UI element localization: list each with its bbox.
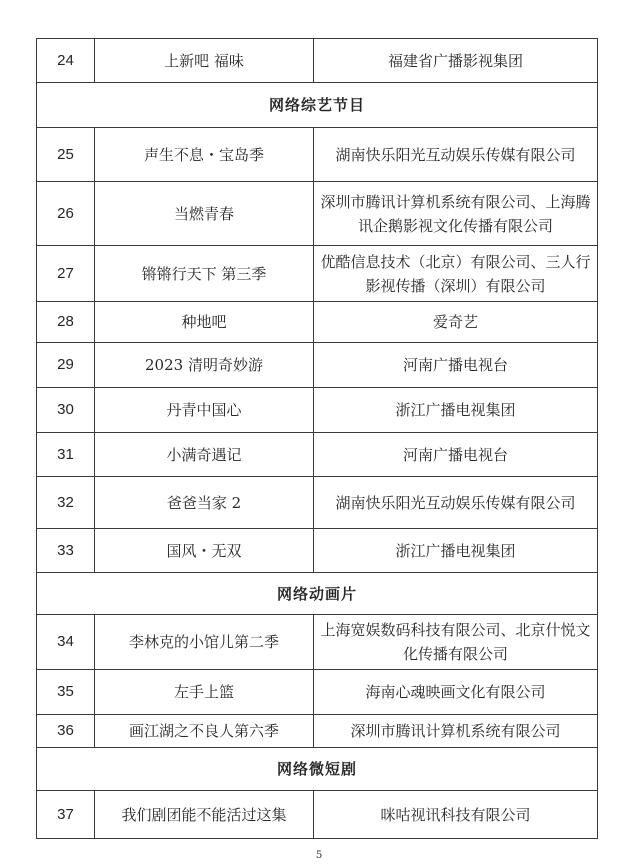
program-list-table: 24上新吧 福味福建省广播影视集团网络综艺节目25声生不息・宝岛季湖南快乐阳光互… (36, 38, 598, 839)
producer-name: 深圳市腾讯计算机系统有限公司 (314, 715, 598, 748)
section-header: 网络动画片 (37, 573, 598, 615)
section-header: 网络微短剧 (37, 748, 598, 791)
row-number: 34 (37, 615, 95, 670)
program-title: 声生不息・宝岛季 (95, 128, 314, 182)
table-row: 37我们剧团能不能活过这集咪咕视讯科技有限公司 (37, 791, 598, 839)
producer-name: 咪咕视讯科技有限公司 (314, 791, 598, 839)
row-number: 30 (37, 388, 95, 433)
producer-name: 深圳市腾讯计算机系统有限公司、上海腾讯企鹅影视文化传播有限公司 (314, 182, 598, 246)
section-header-row: 网络综艺节目 (37, 83, 598, 128)
table-row: 24上新吧 福味福建省广播影视集团 (37, 39, 598, 83)
program-title: 丹青中国心 (95, 388, 314, 433)
row-number: 31 (37, 433, 95, 477)
producer-name: 浙江广播电视集团 (314, 529, 598, 573)
table-row: 25声生不息・宝岛季湖南快乐阳光互动娱乐传媒有限公司 (37, 128, 598, 182)
row-number: 36 (37, 715, 95, 748)
table-row: 30丹青中国心浙江广播电视集团 (37, 388, 598, 433)
program-title: 种地吧 (95, 302, 314, 343)
program-title: 左手上篮 (95, 670, 314, 715)
table-row: 32爸爸当家 2湖南快乐阳光互动娱乐传媒有限公司 (37, 477, 598, 529)
table-row: 33国风・无双浙江广播电视集团 (37, 529, 598, 573)
producer-name: 湖南快乐阳光互动娱乐传媒有限公司 (314, 128, 598, 182)
program-title: 国风・无双 (95, 529, 314, 573)
producer-name: 福建省广播影视集团 (314, 39, 598, 83)
row-number: 26 (37, 182, 95, 246)
row-number: 35 (37, 670, 95, 715)
document-page: 24上新吧 福味福建省广播影视集团网络综艺节目25声生不息・宝岛季湖南快乐阳光互… (0, 0, 638, 866)
table-row: 27锵锵行天下 第三季优酷信息技术（北京）有限公司、三人行影视传播（深圳）有限公… (37, 246, 598, 302)
program-title: 我们剧团能不能活过这集 (95, 791, 314, 839)
producer-name: 河南广播电视台 (314, 433, 598, 477)
program-title: 锵锵行天下 第三季 (95, 246, 314, 302)
program-title: 爸爸当家 2 (95, 477, 314, 529)
page-number: 5 (0, 850, 638, 861)
producer-name: 爱奇艺 (314, 302, 598, 343)
row-number: 32 (37, 477, 95, 529)
row-number: 29 (37, 343, 95, 388)
table-row: 28种地吧爱奇艺 (37, 302, 598, 343)
section-header-row: 网络动画片 (37, 573, 598, 615)
table-row: 26当燃青春深圳市腾讯计算机系统有限公司、上海腾讯企鹅影视文化传播有限公司 (37, 182, 598, 246)
table-row: 31小满奇遇记河南广播电视台 (37, 433, 598, 477)
table-row: 34李林克的小馆儿第二季上海宽娱数码科技有限公司、北京什悦文化传播有限公司 (37, 615, 598, 670)
table-row: 35左手上篮海南心魂映画文化有限公司 (37, 670, 598, 715)
table-row: 292023 清明奇妙游河南广播电视台 (37, 343, 598, 388)
row-number: 27 (37, 246, 95, 302)
row-number: 25 (37, 128, 95, 182)
producer-name: 优酷信息技术（北京）有限公司、三人行影视传播（深圳）有限公司 (314, 246, 598, 302)
row-number: 28 (37, 302, 95, 343)
program-title: 小满奇遇记 (95, 433, 314, 477)
program-list-body: 24上新吧 福味福建省广播影视集团网络综艺节目25声生不息・宝岛季湖南快乐阳光互… (37, 39, 598, 839)
section-header: 网络综艺节目 (37, 83, 598, 128)
program-title: 当燃青春 (95, 182, 314, 246)
producer-name: 上海宽娱数码科技有限公司、北京什悦文化传播有限公司 (314, 615, 598, 670)
producer-name: 海南心魂映画文化有限公司 (314, 670, 598, 715)
producer-name: 湖南快乐阳光互动娱乐传媒有限公司 (314, 477, 598, 529)
producer-name: 浙江广播电视集团 (314, 388, 598, 433)
program-title: 画江湖之不良人第六季 (95, 715, 314, 748)
section-header-row: 网络微短剧 (37, 748, 598, 791)
table-row: 36画江湖之不良人第六季深圳市腾讯计算机系统有限公司 (37, 715, 598, 748)
row-number: 24 (37, 39, 95, 83)
producer-name: 河南广播电视台 (314, 343, 598, 388)
program-title: 上新吧 福味 (95, 39, 314, 83)
row-number: 33 (37, 529, 95, 573)
row-number: 37 (37, 791, 95, 839)
program-title: 2023 清明奇妙游 (95, 343, 314, 388)
program-title: 李林克的小馆儿第二季 (95, 615, 314, 670)
